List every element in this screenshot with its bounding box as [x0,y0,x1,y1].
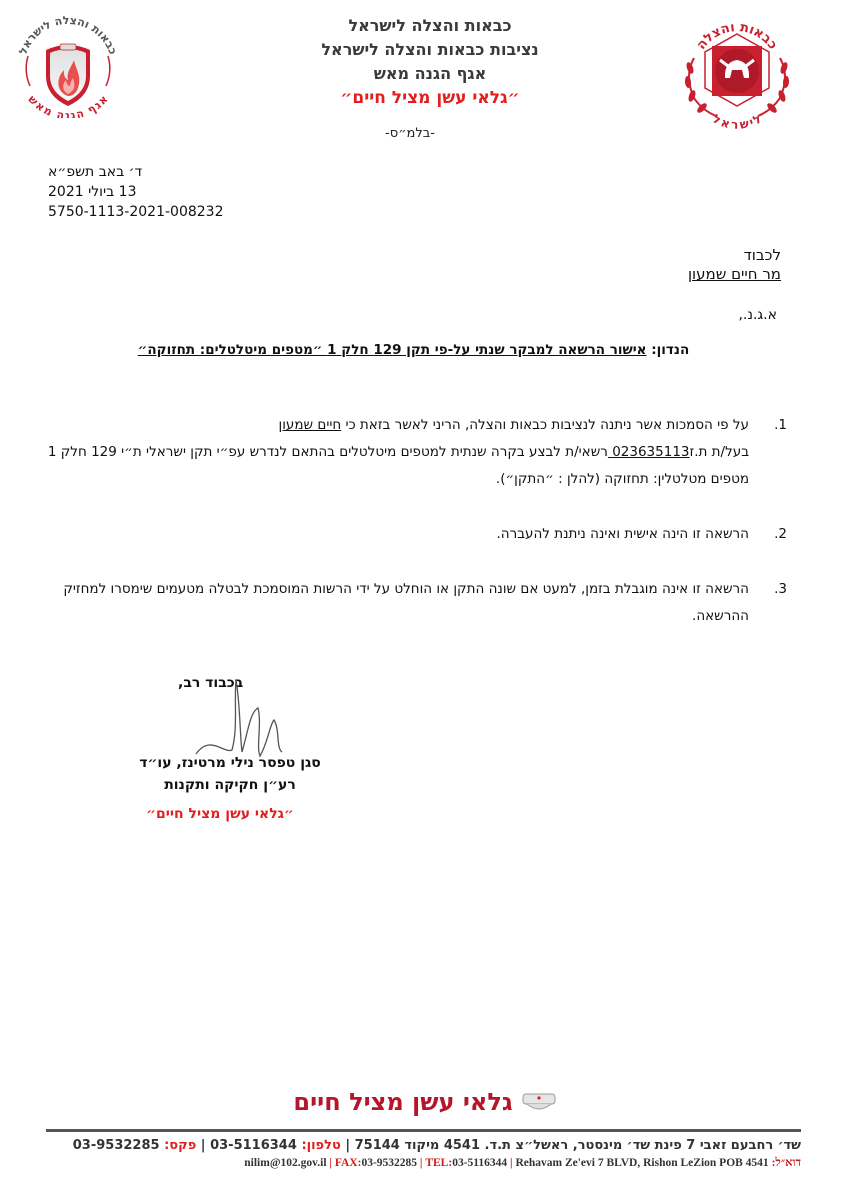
subject-line: הנדון: אישור הרשאה למבקר שנתי על-פי תקן … [40,342,787,358]
recipient-name: מר חיים שמעון [688,265,781,284]
salutation: לכבוד [688,246,781,265]
subject-text: אישור הרשאה למבקר שנתי על-פי תקן 129 חלק… [138,342,647,358]
fire-prevention-division-logo: כבאות והצלה לישראל אגף הגנה מאש [6,6,128,118]
hebrew-date: ד׳ באב תשפ״א [48,162,142,182]
footer-banner: גלאי עשן מציל חיים [290,1084,560,1120]
email-address[interactable]: nilim@102.gov.il [244,1157,326,1169]
email-label: דוא״ל: [772,1157,801,1169]
fax-label: פקס: [164,1138,196,1153]
shield-flame-icon: כבאות והצלה לישראל אגף הגנה מאש [6,6,128,118]
gregorian-date: 13 ביולי 2021 [48,182,137,202]
item-text: הרשאה זו אינה מוגבלת בזמן, למעט אם שונה … [44,576,749,630]
tel-label-en: TEL: [425,1157,452,1169]
letter-body: 1. על פי הסמכות אשר ניתנה לנציבות כבאות … [44,412,787,630]
phone-label: טלפון: [301,1138,340,1153]
date-block: ד׳ באב תשפ״א 13 ביולי 2021 5750-1113-202… [48,162,268,222]
footer-slogan: גלאי עשן מציל חיים [293,1088,512,1116]
classification-mark: -בלמ״ס- [360,126,460,141]
org-name: כבאות והצלה לישראל [260,14,600,38]
address-en: Rehavam Ze'evi 7 BLVD, Rishon LeZion POB… [515,1157,768,1169]
item-text: בעל/ת ת.ז [690,444,749,460]
signature-slogan: ״גלאי עשן מציל חיים״ [120,806,320,822]
fire-helmet-emblem-icon: כבאות והצלה לישראל [672,6,802,136]
fire-rescue-israel-logo: כבאות והצלה לישראל [672,6,802,136]
body-item-2: 2. הרשאה זו הינה אישית ואינה ניתנת להעבר… [44,521,787,548]
licensee-name: חיים שמעון [279,417,342,433]
footer-divider [46,1129,801,1132]
smoke-detector-icon [521,1090,557,1114]
recipient-block: לכבוד מר חיים שמעון [688,246,781,284]
fax-number: 03-9532285 [73,1138,160,1153]
item-number: 1. [749,412,787,493]
subject-label: הנדון: [651,342,689,358]
item-text: על פי הסמכות אשר ניתנה לנציבות כבאות והצ… [341,417,749,433]
body-item-1: 1. על פי הסמכות אשר ניתנה לנציבות כבאות … [44,412,787,493]
fax-label-en: FAX: [335,1157,362,1169]
division-name: אגף הגנה מאש [260,62,600,86]
commission-name: נציבות כבאות והצלה לישראל [260,38,600,62]
footer-address-english: דוא״ל: nilim@102.gov.il | FAX:03-9532285… [50,1157,801,1169]
signer-block: סגן טפסר נילי מרטינז, עו״ד רע״ן חקיקה ות… [110,752,350,796]
body-item-3: 3. הרשאה זו אינה מוגבלת בזמן, למעט אם שו… [44,576,787,630]
item-number: 3. [749,576,787,630]
header-slogan: ״גלאי עשן מציל חיים״ [260,86,600,110]
svg-text:לישראל: לישראל [710,112,763,132]
item-text: הרשאה זו הינה אישית ואינה ניתנת להעברה. [44,521,749,548]
footer-address-hebrew: שד׳ רחבעם זאבי 7 פינת שד׳ מינסטר, ראשל״צ… [50,1138,801,1153]
item-number: 2. [749,521,787,548]
reference-number: 5750-1113-2021-008232 [48,202,224,222]
signer-title: רע״ן חקיקה ותקנות [110,774,350,796]
letterhead: כבאות והצלה לישראל נציבות כבאות והצלה לי… [260,14,600,110]
greeting: א.ג.נ., [738,307,777,323]
phone-number: 03-5116344 [210,1138,297,1153]
address-he: שד׳ רחבעם זאבי 7 פינת שד׳ מינסטר, ראשל״צ… [355,1138,801,1153]
signer-name: סגן טפסר נילי מרטינז, עו״ד [110,752,350,774]
licensee-id: 023635113 [608,444,690,460]
